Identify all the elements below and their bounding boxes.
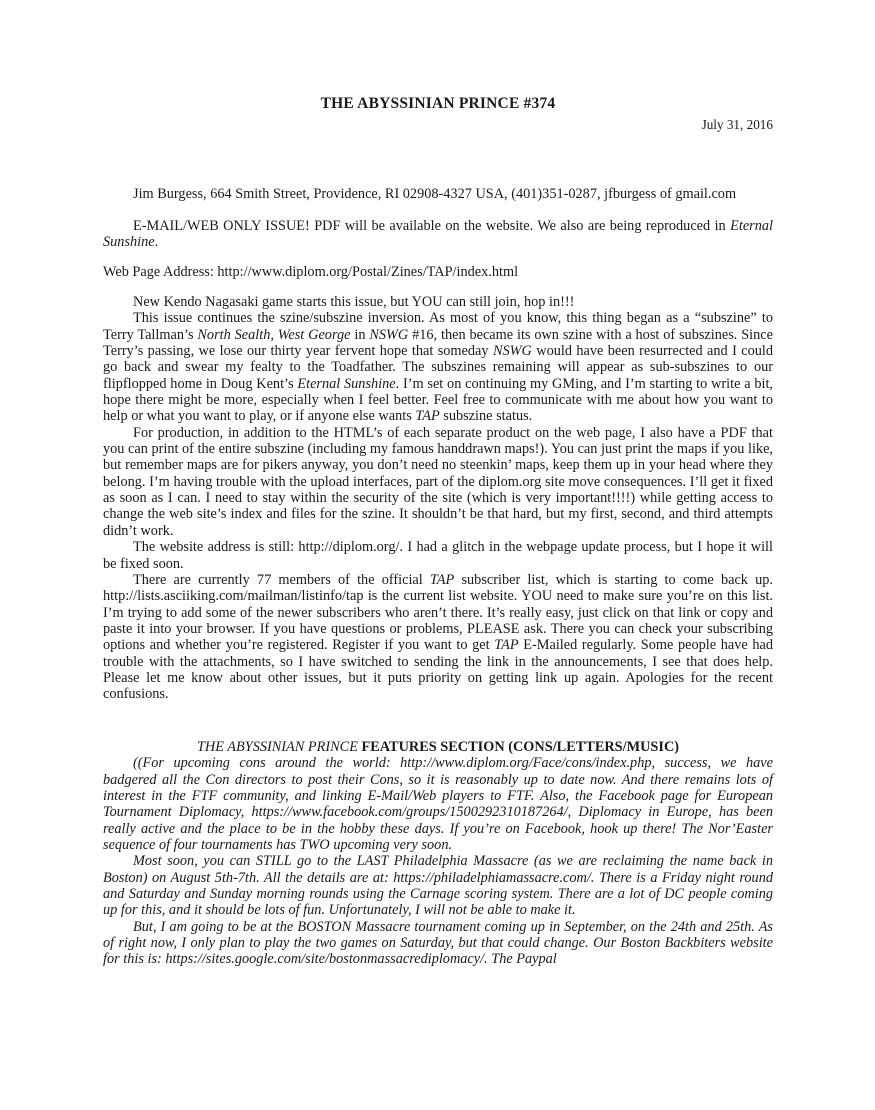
intro-paragraph-5: There are currently 77 members of the of…: [103, 572, 773, 703]
italic-run: NSWG: [369, 327, 408, 343]
italic-run: TAP: [430, 572, 454, 588]
text-run: subszine status.: [440, 408, 533, 424]
contact-line: Jim Burgess, 664 Smith Street, Providenc…: [103, 186, 773, 202]
features-section: THE ABYSSINIAN PRINCE FEATURES SECTION (…: [103, 739, 773, 968]
italic-run: Eternal Sunshine: [297, 376, 395, 392]
intro-section: New Kendo Nagasaki game starts this issu…: [103, 294, 773, 703]
notice-paragraph: E-MAIL/WEB ONLY ISSUE! PDF will be avail…: [103, 218, 773, 251]
intro-paragraph-4: The website address is still: http://dip…: [103, 539, 773, 572]
page-title: THE ABYSSINIAN PRINCE #374: [103, 96, 773, 112]
italic-run: TAP: [494, 637, 518, 653]
notice-text: E-MAIL/WEB ONLY ISSUE! PDF will be avail…: [133, 218, 730, 234]
italic-run: TAP: [415, 408, 439, 424]
text-run: in: [350, 327, 369, 343]
features-body: ((For upcoming cons around the world: ht…: [103, 755, 773, 967]
heading-italic: THE ABYSSINIAN PRINCE: [197, 739, 358, 755]
text-run: There are currently 77 members of the of…: [133, 572, 430, 588]
italic-run: North Sealth, West George: [197, 327, 350, 343]
features-paragraph-2: Most soon, you can STILL go to the LAST …: [103, 853, 773, 918]
heading-bold: FEATURES SECTION (CONS/LETTERS/MUSIC): [358, 739, 679, 755]
italic-run: NSWG: [493, 343, 532, 359]
intro-paragraph-3: For production, in addition to the HTML’…: [103, 425, 773, 539]
web-address: Web Page Address: http://www.diplom.org/…: [103, 264, 773, 280]
features-heading: THE ABYSSINIAN PRINCE FEATURES SECTION (…: [103, 739, 773, 755]
intro-paragraph-1: New Kendo Nagasaki game starts this issu…: [103, 294, 773, 310]
notice-end: .: [155, 234, 159, 250]
issue-date: July 31, 2016: [702, 117, 773, 133]
features-paragraph-1: ((For upcoming cons around the world: ht…: [103, 755, 773, 853]
features-paragraph-3: But, I am going to be at the BOSTON Mass…: [103, 919, 773, 968]
intro-paragraph-2: This issue continues the szine/subszine …: [103, 310, 773, 424]
